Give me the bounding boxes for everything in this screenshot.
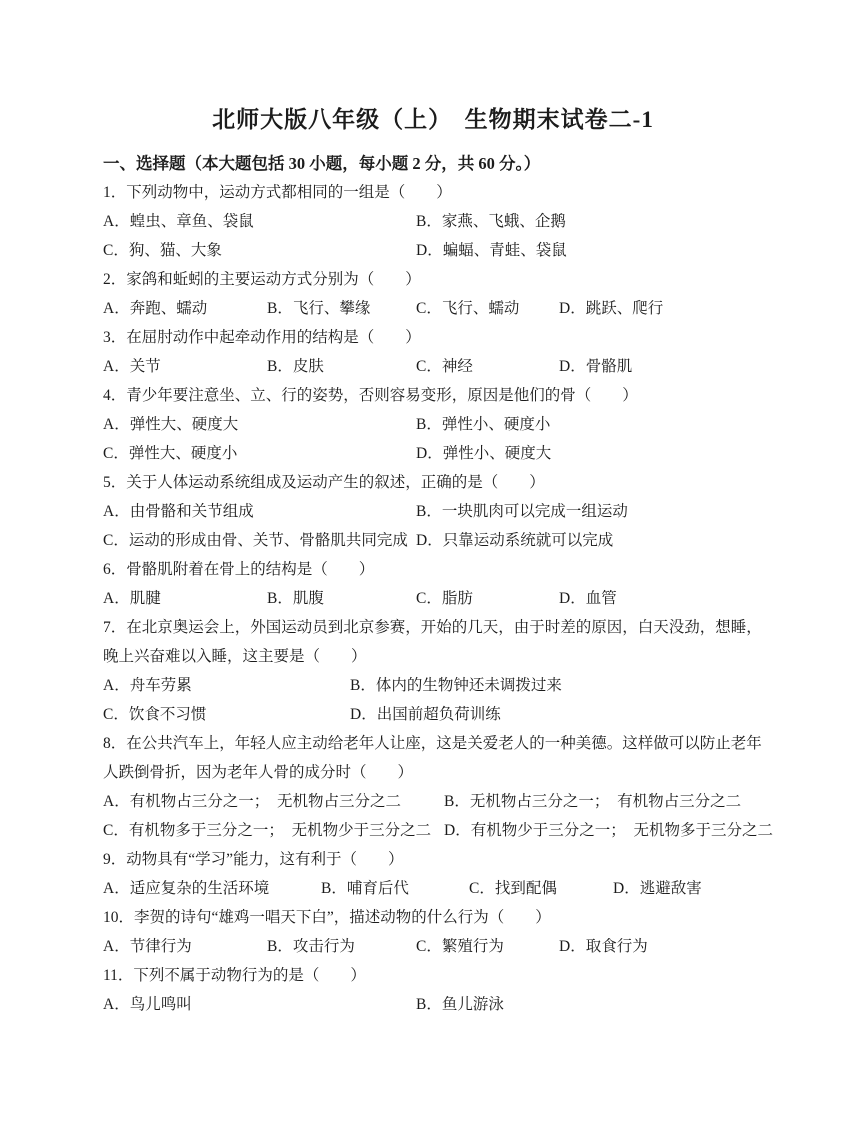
question-11-option-a: A．鸟儿鸣叫	[103, 990, 416, 1019]
question-8-option-c: C．有机物多于三分之一； 无机物少于三分之二	[103, 816, 444, 845]
question-4-option-d: D．弹性小、硬度大	[416, 439, 768, 468]
question-9-options-row-1: A．适应复杂的生活环境 B．哺育后代 C．找到配偶 D．逃避敌害	[103, 874, 768, 903]
question-5-option-c: C．运动的形成由骨、关节、骨骼肌共同完成	[103, 526, 416, 555]
question-11-stem: 11．下列不属于动物行为的是（ ）	[103, 961, 768, 990]
question-11-option-b: B．鱼儿游泳	[416, 990, 768, 1019]
question-7-option-b: B．体内的生物钟还未调拨过来	[350, 671, 768, 700]
question-10-option-b: B．攻击行为	[267, 932, 416, 961]
exam-body: 一、选择题（本大题包括 30 小题，每小题 2 分，共 60 分。） 1．下列动…	[103, 149, 768, 1019]
question-9-option-d: D．逃避敌害	[613, 874, 768, 903]
page-title: 北师大版八年级（上） 生物期末试卷二-1	[0, 105, 866, 135]
exam-page: 北师大版八年级（上） 生物期末试卷二-1 一、选择题（本大题包括 30 小题，每…	[0, 0, 866, 1122]
question-10-option-d: D．取食行为	[559, 932, 768, 961]
question-8-option-a: A．有机物占三分之一； 无机物占三分之二	[103, 787, 444, 816]
question-11-options-row-1: A．鸟儿鸣叫 B．鱼儿游泳	[103, 990, 768, 1019]
question-10-option-a: A．节律行为	[103, 932, 267, 961]
question-4-option-b: B．弹性小、硬度小	[416, 410, 768, 439]
question-1-option-a: A．蝗虫、章鱼、袋鼠	[103, 207, 416, 236]
question-8-option-d: D．有机物少于三分之一； 无机物多于三分之二	[444, 816, 773, 845]
question-5-option-d: D．只靠运动系统就可以完成	[416, 526, 768, 555]
question-6-stem: 6．骨骼肌附着在骨上的结构是（ ）	[103, 555, 768, 584]
question-5-options-row-1: A．由骨骼和关节组成 B．一块肌肉可以完成一组运动	[103, 497, 768, 526]
question-2-stem: 2．家鸽和蚯蚓的主要运动方式分别为（ ）	[103, 265, 768, 294]
question-2-option-b: B．飞行、攀缘	[267, 294, 416, 323]
question-7-option-c: C．饮食不习惯	[103, 700, 350, 729]
question-3-options-row-1: A．关节 B．皮肤 C．神经 D．骨骼肌	[103, 352, 768, 381]
question-1-option-d: D．蝙蝠、青蛙、袋鼠	[416, 236, 768, 265]
question-3-stem: 3．在屈肘动作中起牵动作用的结构是（ ）	[103, 323, 768, 352]
question-6-option-d: D．血管	[559, 584, 768, 613]
question-6-option-b: B．肌腹	[267, 584, 416, 613]
question-6-options-row-1: A．肌腱 B．肌腹 C．脂肪 D．血管	[103, 584, 768, 613]
question-4-option-c: C．弹性大、硬度小	[103, 439, 416, 468]
question-4-options-row-1: A．弹性大、硬度大 B．弹性小、硬度小	[103, 410, 768, 439]
question-3-option-a: A．关节	[103, 352, 267, 381]
question-1-option-c: C．狗、猫、大象	[103, 236, 416, 265]
question-6-option-a: A．肌腱	[103, 584, 267, 613]
question-3-option-c: C．神经	[416, 352, 559, 381]
question-1-options-row-2: C．狗、猫、大象 D．蝙蝠、青蛙、袋鼠	[103, 236, 768, 265]
question-7-option-a: A．舟车劳累	[103, 671, 350, 700]
question-8-options-row-2: C．有机物多于三分之一； 无机物少于三分之二 D．有机物少于三分之一； 无机物多…	[103, 816, 768, 845]
question-10-option-c: C．繁殖行为	[416, 932, 559, 961]
section-header: 一、选择题（本大题包括 30 小题，每小题 2 分，共 60 分。）	[103, 149, 768, 178]
question-5-option-a: A．由骨骼和关节组成	[103, 497, 416, 526]
question-4-stem: 4．青少年要注意坐、立、行的姿势，否则容易变形，原因是他们的骨（ ）	[103, 381, 768, 410]
question-3-option-d: D．骨骼肌	[559, 352, 768, 381]
question-5-option-b: B．一块肌肉可以完成一组运动	[416, 497, 768, 526]
question-1-options-row-1: A．蝗虫、章鱼、袋鼠 B．家燕、飞蛾、企鹅	[103, 207, 768, 236]
question-7-options-row-1: A．舟车劳累 B．体内的生物钟还未调拨过来	[103, 671, 768, 700]
question-7-option-d: D．出国前超负荷训练	[350, 700, 768, 729]
question-9-option-c: C．找到配偶	[469, 874, 613, 903]
question-10-stem: 10．李贺的诗句“雄鸡一唱天下白”，描述动物的什么行为（ ）	[103, 903, 768, 932]
question-2-option-c: C．飞行、蠕动	[416, 294, 559, 323]
question-4-option-a: A．弹性大、硬度大	[103, 410, 416, 439]
question-10-options-row-1: A．节律行为 B．攻击行为 C．繁殖行为 D．取食行为	[103, 932, 768, 961]
question-9-stem: 9．动物具有“学习”能力，这有利于（ ）	[103, 845, 768, 874]
question-3-option-b: B．皮肤	[267, 352, 416, 381]
question-2-option-d: D．跳跃、爬行	[559, 294, 768, 323]
question-7-options-row-2: C．饮食不习惯 D．出国前超负荷训练	[103, 700, 768, 729]
question-8-option-b: B．无机物占三分之一； 有机物占三分之二	[444, 787, 768, 816]
question-9-option-a: A．适应复杂的生活环境	[103, 874, 321, 903]
question-2-options-row-1: A．奔跑、蠕动 B．飞行、攀缘 C．飞行、蠕动 D．跳跃、爬行	[103, 294, 768, 323]
question-1-option-b: B．家燕、飞蛾、企鹅	[416, 207, 768, 236]
question-9-option-b: B．哺育后代	[321, 874, 469, 903]
question-6-option-c: C．脂肪	[416, 584, 559, 613]
question-1-stem: 1．下列动物中，运动方式都相同的一组是（ ）	[103, 178, 768, 207]
question-7-stem: 7．在北京奥运会上，外国运动员到北京参赛，开始的几天，由于时差的原因，白天没劲，…	[103, 613, 768, 671]
question-8-options-row-1: A．有机物占三分之一； 无机物占三分之二 B．无机物占三分之一； 有机物占三分之…	[103, 787, 768, 816]
question-2-option-a: A．奔跑、蠕动	[103, 294, 267, 323]
question-4-options-row-2: C．弹性大、硬度小 D．弹性小、硬度大	[103, 439, 768, 468]
question-5-stem: 5．关于人体运动系统组成及运动产生的叙述，正确的是（ ）	[103, 468, 768, 497]
question-5-options-row-2: C．运动的形成由骨、关节、骨骼肌共同完成 D．只靠运动系统就可以完成	[103, 526, 768, 555]
question-8-stem: 8．在公共汽车上，年轻人应主动给老年人让座，这是关爱老人的一种美德。这样做可以防…	[103, 729, 768, 787]
